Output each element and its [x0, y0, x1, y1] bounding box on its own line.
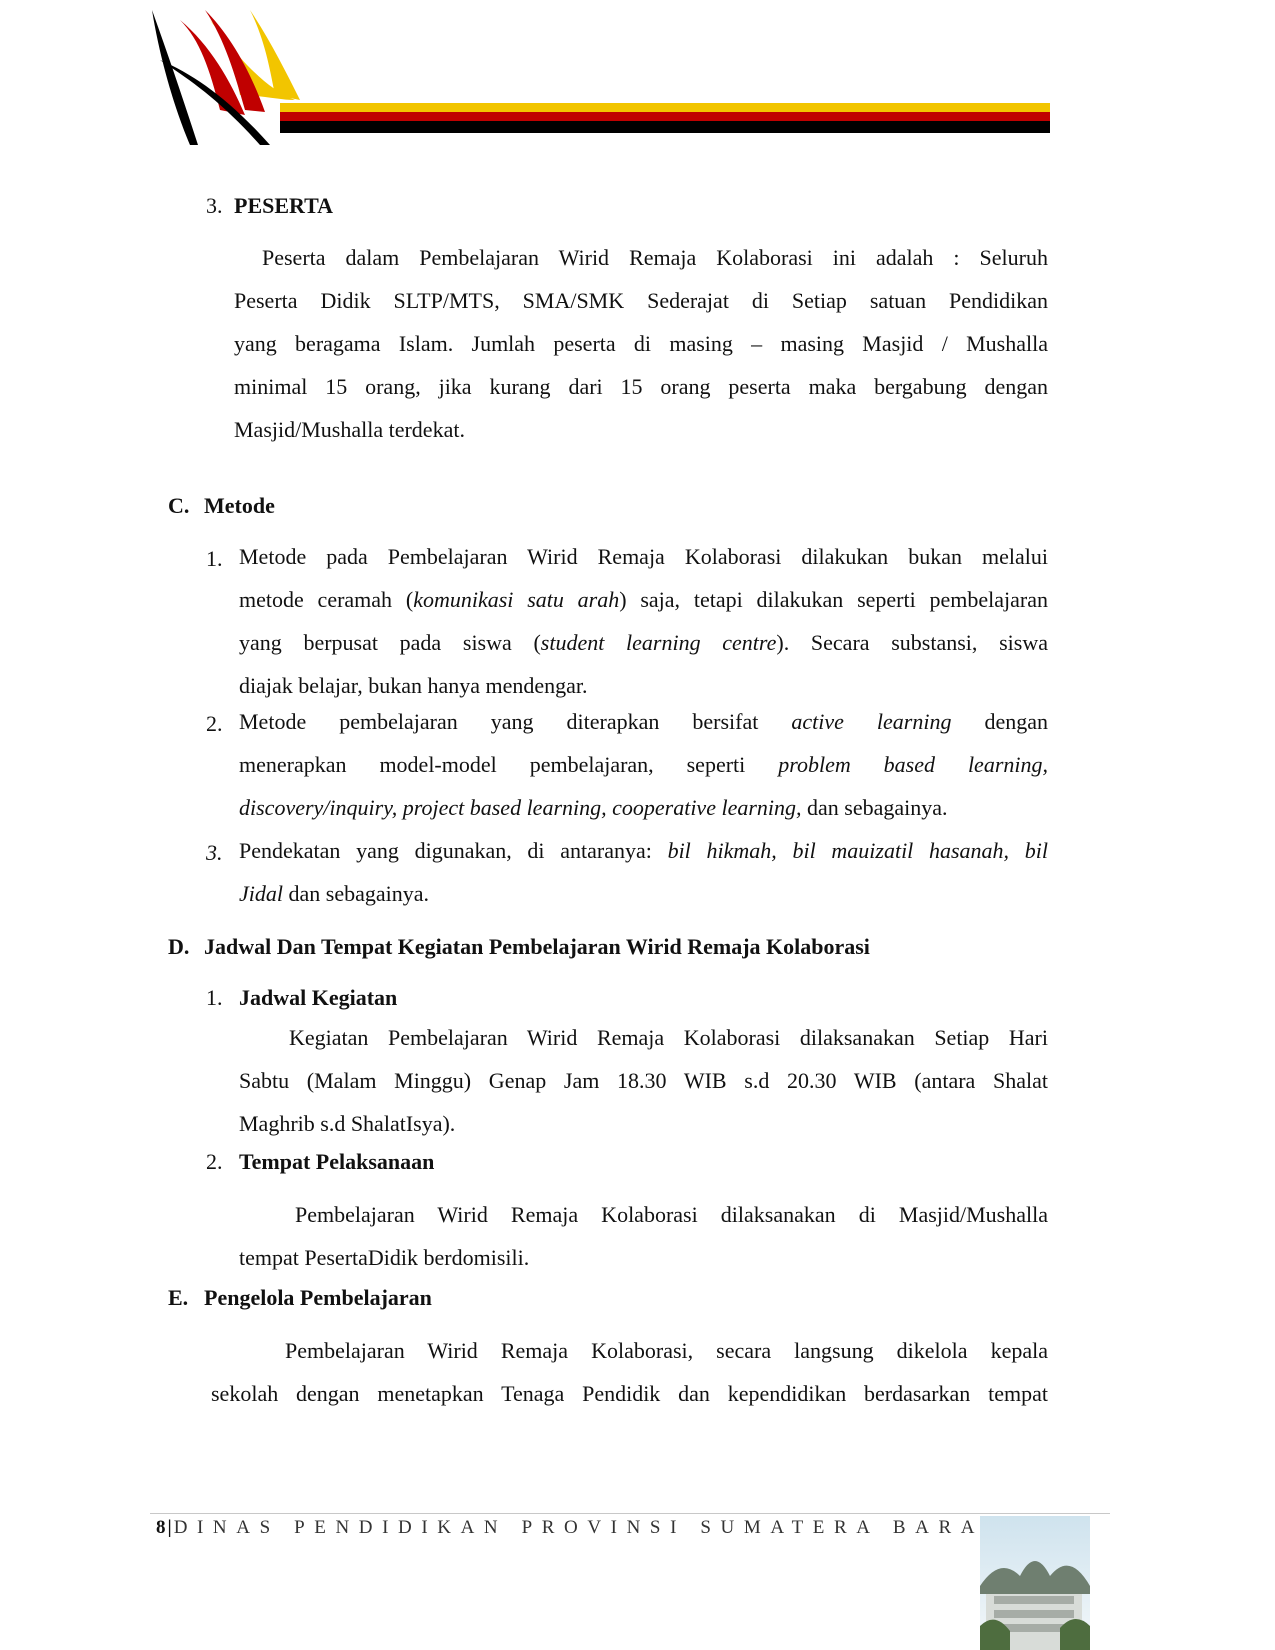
text-line: menerapkan model-model pembelajaran, sep…: [239, 743, 1048, 786]
text-line: Peserta Didik SLTP/MTS, SMA/SMK Sederaja…: [234, 279, 1048, 322]
subheading-tempat-pelaksanaan: Tempat Pelaksanaan: [239, 1149, 434, 1175]
section-letter: E.: [168, 1285, 188, 1311]
text-line: metode ceramah (komunikasi satu arah) sa…: [239, 578, 1048, 621]
footer-divider: [150, 1513, 1110, 1514]
section-heading-peserta: PESERTA: [234, 193, 333, 219]
text-line: Metode pembelajaran yang diterapkan bers…: [239, 700, 1048, 743]
text-line: Masjid/Mushalla terdekat.: [234, 408, 1048, 451]
gadang-building-photo-icon: [980, 1516, 1090, 1650]
section-letter: D.: [168, 934, 189, 960]
item-number: 2.: [206, 711, 223, 737]
page-footer: 8|DINAS PENDIDIKAN PROVINSI SUMATERA BAR…: [156, 1517, 1003, 1539]
text-line: Maghrib s.d ShalatIsya).: [239, 1102, 1048, 1145]
text-line: discovery/inquiry, project based learnin…: [239, 786, 1048, 829]
text-line: Jidal dan sebagainya.: [239, 872, 1048, 915]
item-number: 3.: [206, 840, 223, 866]
section-letter: C.: [168, 493, 189, 519]
metode-item-text: Metode pembelajaran yang diterapkan bers…: [239, 700, 1048, 829]
metode-item-text: Pendekatan yang digunakan, di antaranya:…: [239, 829, 1048, 915]
text-line: yang beragama Islam. Jumlah peserta di m…: [234, 322, 1048, 365]
text-line: Kegiatan Pembelajaran Wirid Remaja Kolab…: [239, 1016, 1048, 1059]
text-line: Pendekatan yang digunakan, di antaranya:…: [239, 829, 1048, 872]
text-line: Pembelajaran Wirid Remaja Kolaborasi, se…: [211, 1329, 1048, 1372]
jadwal-paragraph: Kegiatan Pembelajaran Wirid Remaja Kolab…: [239, 1016, 1048, 1145]
pengelola-paragraph: Pembelajaran Wirid Remaja Kolaborasi, se…: [211, 1329, 1048, 1415]
item-number: 1.: [206, 985, 223, 1011]
text-line: sekolah dengan menetapkan Tenaga Pendidi…: [211, 1372, 1048, 1415]
subheading-jadwal-kegiatan: Jadwal Kegiatan: [239, 985, 397, 1011]
item-number: 1.: [206, 546, 223, 572]
text-line: minimal 15 orang, jika kurang dari 15 or…: [234, 365, 1048, 408]
section-heading-metode: Metode: [204, 493, 275, 519]
text-line: Sabtu (Malam Minggu) Genap Jam 18.30 WIB…: [239, 1059, 1048, 1102]
tempat-paragraph: Pembelajaran Wirid Remaja Kolaborasi dil…: [239, 1193, 1048, 1279]
item-number: 2.: [206, 1149, 223, 1175]
text-line: Peserta dalam Pembelajaran Wirid Remaja …: [234, 236, 1048, 279]
section-heading-pengelola: Pengelola Pembelajaran: [204, 1285, 432, 1311]
page-header: [150, 0, 1110, 160]
text-line: Pembelajaran Wirid Remaja Kolaborasi dil…: [239, 1193, 1048, 1236]
metode-item-text: Metode pada Pembelajaran Wirid Remaja Ko…: [239, 535, 1048, 707]
footer-institution: DINAS PENDIDIKAN PROVINSI SUMATERA BARAT: [174, 1517, 1003, 1538]
peserta-paragraph: Peserta dalam Pembelajaran Wirid Remaja …: [234, 236, 1048, 451]
text-line: Metode pada Pembelajaran Wirid Remaja Ko…: [239, 535, 1048, 578]
item-number: 3.: [206, 193, 223, 219]
minangkabau-roof-logo-icon: [150, 0, 1110, 160]
section-heading-jadwal: Jadwal Dan Tempat Kegiatan Pembelajaran …: [204, 934, 870, 960]
text-line: yang berpusat pada siswa (student learni…: [239, 621, 1048, 664]
text-line: tempat PesertaDidik berdomisili.: [239, 1236, 1048, 1279]
page-number: 8: [156, 1517, 168, 1538]
